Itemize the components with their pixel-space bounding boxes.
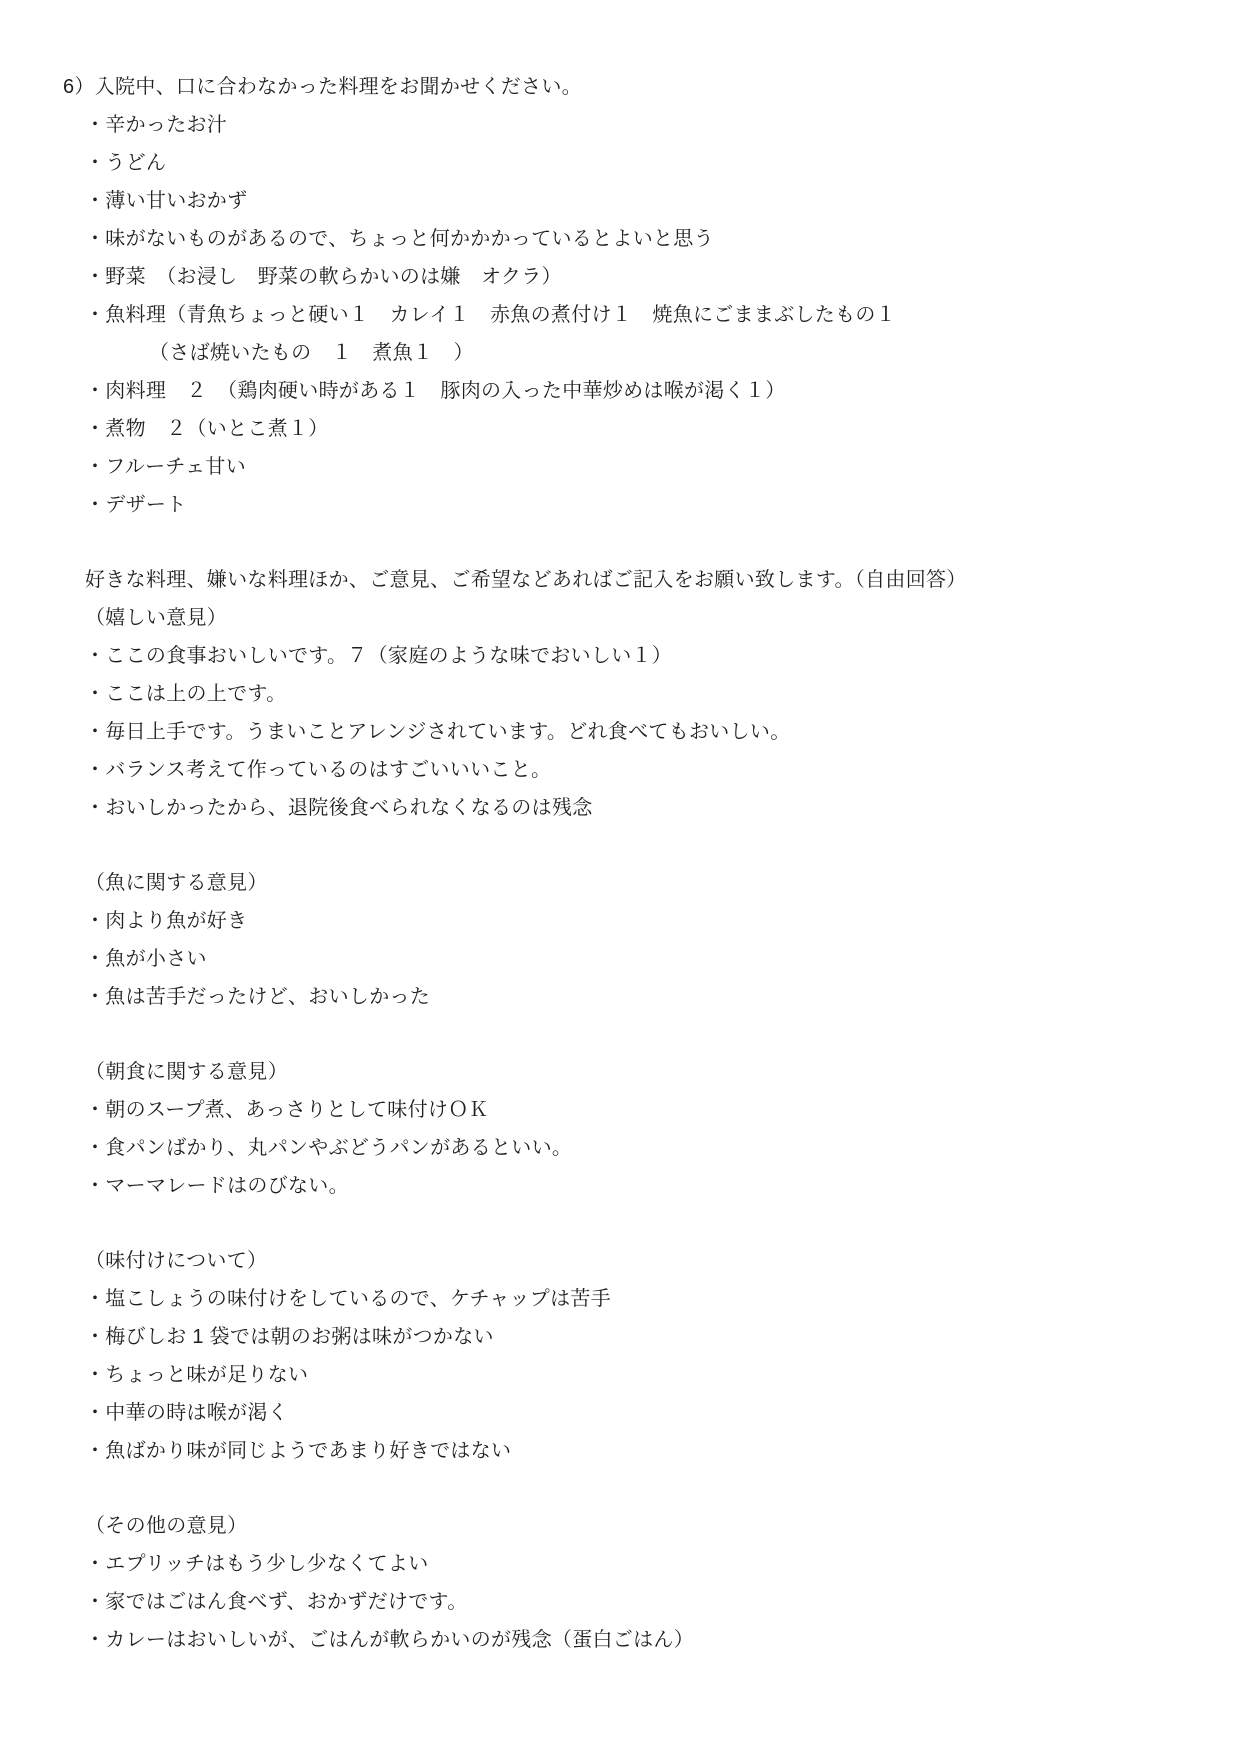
list-item: ・魚ばかり味が同じようであまり好きではない xyxy=(85,1432,1201,1470)
question-6-heading: 6）入院中、口に合わなかった料理をお聞かせください。 xyxy=(63,68,1201,106)
list-item: ・うどん xyxy=(85,144,1201,182)
list-item: ・毎日上手です。うまいことアレンジされています。どれ食べてもおいしい。 xyxy=(85,713,1201,751)
list-item: ・バランス考えて作っているのはすごいいいこと。 xyxy=(85,751,1201,789)
list-item: ・中華の時は喉が渇く xyxy=(85,1394,1201,1432)
list-item: ・肉料理 ２ （鶏肉硬い時がある１ 豚肉の入った中華炒めは喉が渇く１） xyxy=(85,372,1201,410)
free-answer-intro: 好きな料理、嫌いな料理ほか、ご意見、ご希望などあればご記入をお願い致します。（自… xyxy=(85,561,1201,599)
list-item: ・辛かったお汁 xyxy=(85,106,1201,144)
comment-group-seasoning: （味付けについて） ・塩こしょうの味付けをしているので、ケチャップは苦手 ・梅び… xyxy=(63,1242,1201,1470)
list-item: ・食パンばかり、丸パンやぶどうパンがあるといい。 xyxy=(85,1129,1201,1167)
comment-group-title: （朝食に関する意見） xyxy=(85,1053,1201,1091)
list-item: ・フルーチェ甘い xyxy=(85,448,1201,486)
list-item: ・マーマレードはのびない。 xyxy=(85,1167,1201,1205)
list-item: ・肉より魚が好き xyxy=(85,902,1201,940)
list-item: ・塩こしょうの味付けをしているので、ケチャップは苦手 xyxy=(85,1280,1201,1318)
document-page: 6）入院中、口に合わなかった料理をお聞かせください。 ・辛かったお汁 ・うどん … xyxy=(0,0,1241,1755)
list-item: ・煮物 ２（いとこ煮１） xyxy=(85,410,1201,448)
comment-group-title: （嬉しい意見） xyxy=(85,599,1201,637)
list-item: ・おいしかったから、退院後食べられなくなるのは残念 xyxy=(85,789,1201,827)
list-item: ・魚料理（青魚ちょっと硬い１ カレイ１ 赤魚の煮付け１ 焼魚にごままぶしたもの１ xyxy=(85,296,1201,334)
list-item: ・ここは上の上です。 xyxy=(85,675,1201,713)
list-item: ・ちょっと味が足りない xyxy=(85,1356,1201,1394)
question-6-answer-list: ・辛かったお汁 ・うどん ・薄い甘いおかず ・味がないものがあるので、ちょっと何… xyxy=(63,106,1201,524)
comment-group-title: （その他の意見） xyxy=(85,1507,1201,1545)
list-item: ・味がないものがあるので、ちょっと何かかかっているとよいと思う xyxy=(85,220,1201,258)
comment-group-fish: （魚に関する意見） ・肉より魚が好き ・魚が小さい ・魚は苦手だったけど、おいし… xyxy=(63,864,1201,1016)
list-item: ・魚が小さい xyxy=(85,940,1201,978)
list-item: ・朝のスープ煮、あっさりとして味付けＯＫ xyxy=(85,1091,1201,1129)
comment-group-breakfast: （朝食に関する意見） ・朝のスープ煮、あっさりとして味付けＯＫ ・食パンばかり、… xyxy=(63,1053,1201,1205)
comment-group-other: （その他の意見） ・エプリッチはもう少し少なくてよい ・家ではごはん食べず、おか… xyxy=(63,1507,1201,1659)
comment-group-happy: （嬉しい意見） ・ここの食事おいしいです。７（家庭のような味でおいしい１） ・こ… xyxy=(63,599,1201,827)
list-item: ・魚は苦手だったけど、おいしかった xyxy=(85,978,1201,1016)
list-item: ・ここの食事おいしいです。７（家庭のような味でおいしい１） xyxy=(85,637,1201,675)
list-item-continuation: （さば焼いたもの １ 煮魚１ ） xyxy=(85,334,1201,372)
list-item: ・梅びしお 1 袋では朝のお粥は味がつかない xyxy=(85,1318,1201,1356)
list-item: ・エプリッチはもう少し少なくてよい xyxy=(85,1545,1201,1583)
list-item: ・カレーはおいしいが、ごはんが軟らかいのが残念（蛋白ごはん） xyxy=(85,1621,1201,1659)
list-item: ・家ではごはん食べず、おかずだけです。 xyxy=(85,1583,1201,1621)
list-item: ・デザート xyxy=(85,486,1201,524)
comment-group-title: （魚に関する意見） xyxy=(85,864,1201,902)
list-item: ・野菜 （お浸し 野菜の軟らかいのは嫌 オクラ） xyxy=(85,258,1201,296)
list-item: ・薄い甘いおかず xyxy=(85,182,1201,220)
comment-group-title: （味付けについて） xyxy=(85,1242,1201,1280)
